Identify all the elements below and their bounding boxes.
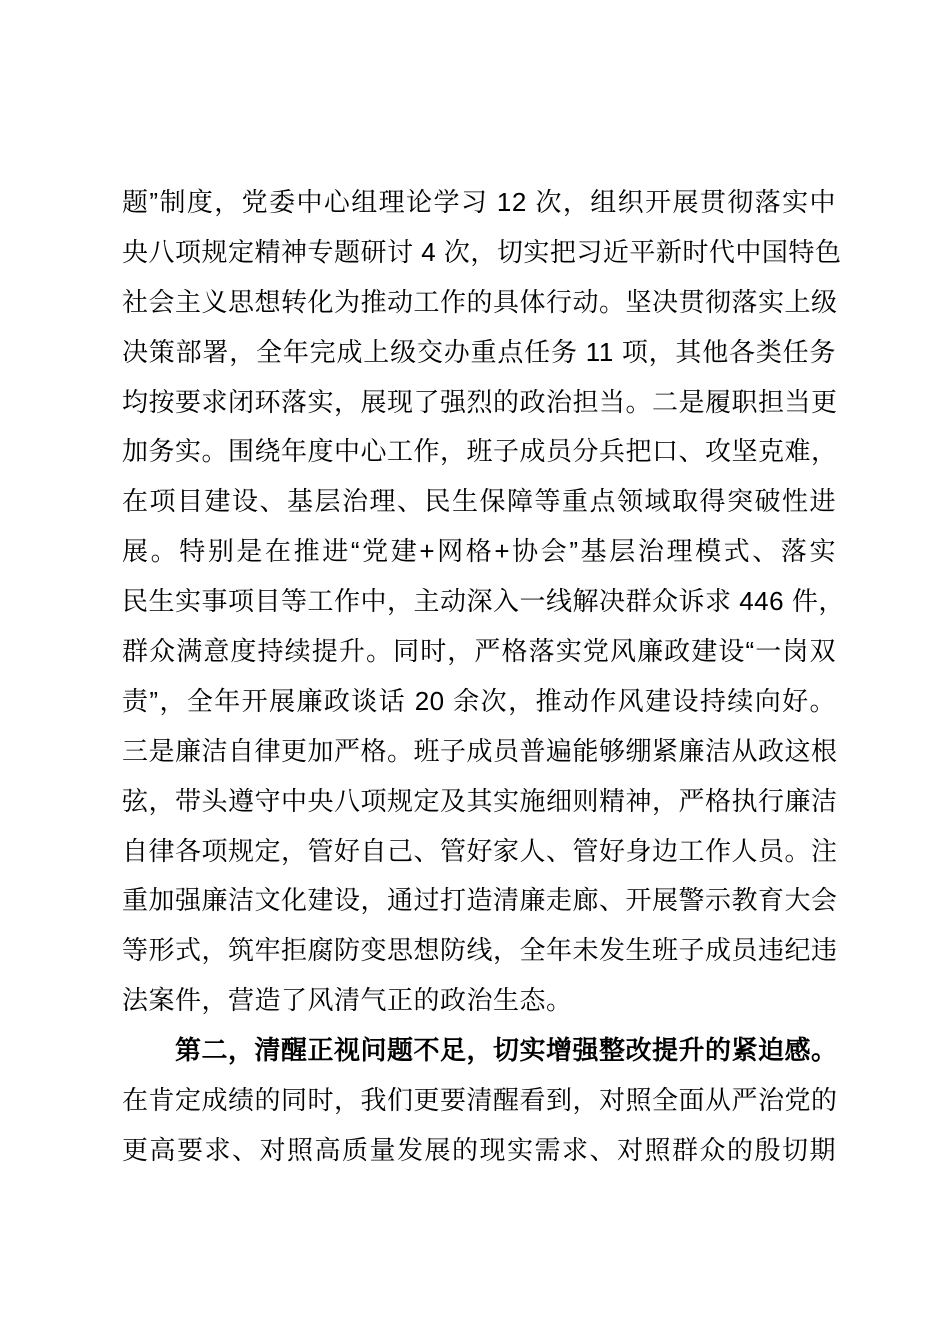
text-line: 第二，清醒正视问题不足，切实增强整改提升的紧迫感。: [122, 1026, 836, 1076]
text-line: 均按要求闭环落实，展现了强烈的政治担当。二是履职担当更: [122, 378, 836, 428]
text-line: 等形式，筑牢拒腐防变思想防线，全年未发生班子成员违纪违: [122, 926, 836, 976]
document-page: 题”制度，党委中心组理论学习 12 次，组织开展贯彻落实中央八项规定精神专题研讨…: [0, 0, 950, 1344]
text-line: 央八项规定精神专题研讨 4 次，切实把习近平新时代中国特色: [122, 228, 836, 278]
document-body: 题”制度，党委中心组理论学习 12 次，组织开展贯彻落实中央八项规定精神专题研讨…: [122, 178, 836, 1176]
text-line: 决策部署，全年完成上级交办重点任务 11 项，其他各类任务: [122, 328, 836, 378]
text-line: 群众满意度持续提升。同时，严格落实党风廉政建设“一岗双: [122, 627, 836, 677]
text-line: 重加强廉洁文化建设，通过打造清廉走廊、开展警示教育大会: [122, 876, 836, 926]
text-line: 法案件，营造了风清气正的政治生态。: [122, 976, 836, 1026]
text-line: 自律各项规定，管好自己、管好家人、管好身边工作人员。注: [122, 827, 836, 877]
text-line: 在项目建设、基层治理、民生保障等重点领域取得突破性进: [122, 477, 836, 527]
text-line: 社会主义思想转化为推动工作的具体行动。坚决贯彻落实上级: [122, 278, 836, 328]
text-line: 在肯定成绩的同时，我们更要清醒看到，对照全面从严治党的: [122, 1076, 836, 1126]
text-line: 责”，全年开展廉政谈话 20 余次，推动作风建设持续向好。: [122, 677, 836, 727]
text-line: 展。特别是在推进“党建+网格+协会”基层治理模式、落实: [122, 527, 836, 577]
text-line: 加务实。围绕年度中心工作，班子成员分兵把口、攻坚克难，: [122, 427, 836, 477]
text-line: 三是廉洁自律更加严格。班子成员普遍能够绷紧廉洁从政这根: [122, 727, 836, 777]
text-line: 更高要求、对照高质量发展的现实需求、对照群众的殷切期: [122, 1126, 836, 1176]
text-line: 弦，带头遵守中央八项规定及其实施细则精神，严格执行廉洁: [122, 777, 836, 827]
text-line: 题”制度，党委中心组理论学习 12 次，组织开展贯彻落实中: [122, 178, 836, 228]
text-line: 民生实事项目等工作中，主动深入一线解决群众诉求 446 件，: [122, 577, 836, 627]
